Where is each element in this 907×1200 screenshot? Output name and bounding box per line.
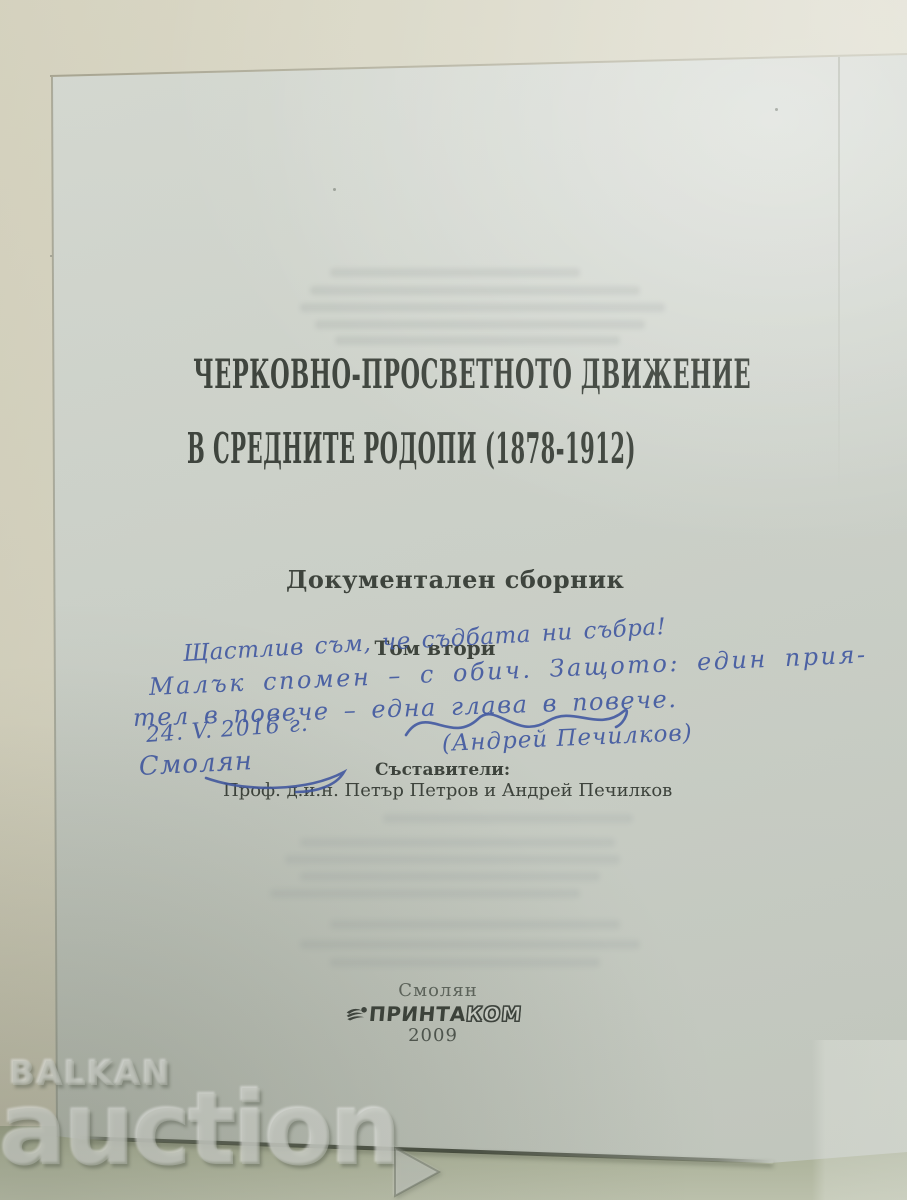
show-through-line [310,286,640,295]
show-through-line [300,872,600,881]
imprint-city: Смолян [398,980,478,1001]
show-through-line [300,838,615,847]
show-through-line [330,268,580,277]
show-through-line [383,814,633,823]
show-through-line [300,940,640,949]
publisher-logo: ПРИНТАКОМ [346,1000,522,1028]
compilers-label: Съставители: [375,760,495,780]
page-fore-edge-highlight [812,1040,907,1200]
place-flourish-icon [176,752,376,800]
imprint-year: 2009 [403,1025,463,1046]
dust-speck [50,255,52,257]
show-through-line [335,336,620,345]
show-through-line [285,855,620,864]
watermark-arrow-icon [391,1145,443,1199]
page-fore-edge-line [838,57,840,497]
show-through-line [330,920,620,929]
show-through-line [315,320,645,329]
book-title-line1: ЧЕРКОВНО-ПРОСВЕТНОТО ДВИЖЕНИЕ [193,351,619,398]
dust-speck [775,108,778,111]
book-title-line2: В СРЕДНИТЕ РОДОПИ (1878-1912) [187,424,587,473]
dust-speck [333,188,336,191]
publisher-mark-icon [346,1002,369,1027]
show-through-line [270,889,580,898]
watermark-auction: auction [0,1084,399,1176]
show-through-line [300,303,665,312]
book-subtitle: Документален сборник [286,565,586,594]
show-through-line [330,958,600,967]
book-photo: ЧЕРКОВНО-ПРОСВЕТНОТО ДВИЖЕНИЕ В СРЕДНИТЕ… [0,0,907,1200]
publisher-name: ПРИНТАКОМ [368,1004,523,1024]
publisher-name-solid: ПРИНТА [368,1002,467,1026]
publisher-name-outline: КОМ [465,1002,523,1026]
